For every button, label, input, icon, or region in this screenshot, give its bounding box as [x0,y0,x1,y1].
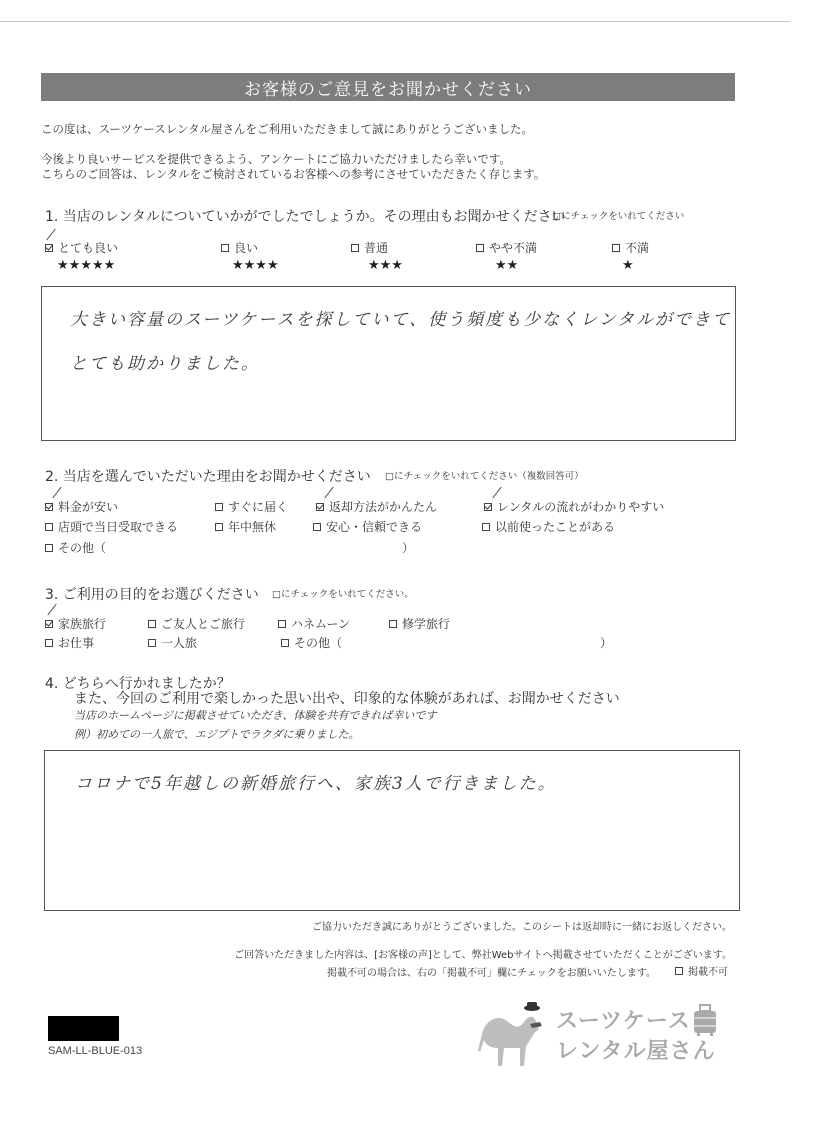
checkbox[interactable] [148,639,156,647]
option-label: 年中無休 [228,518,276,535]
q2-option-easy-flow[interactable]: レンタルの流れがわかりやすい [484,498,664,515]
camel-icon [474,1000,554,1070]
q4-title-line-2: また、今回のご利用で楽しかった思い出や、印象的な体験があれば、お聞かせください [74,688,620,708]
company-logo: スーツケース レンタル屋さん [474,996,724,1072]
q3-option-honeymoon[interactable]: ハネムーン [278,615,350,632]
rating-stars-2: ★★ [495,258,518,273]
checkbox[interactable] [45,523,53,531]
option-label: 修学旅行 [402,615,450,632]
q3-option-solo-trip[interactable]: 一人旅 [148,634,197,651]
checkbox-checked[interactable] [45,244,53,252]
q1-option-very-good[interactable]: とても良い [45,239,118,256]
q2-option-fast-delivery[interactable]: すぐに届く [215,498,288,515]
checkbox[interactable] [476,244,484,252]
q4-note-line-1: 当店のホームページに掲載させていただき、体験を共有できれば幸いです [74,707,436,723]
q1-response-line-2: とても助かりました。 [70,349,260,374]
q2-title: 2. 当店を選んでいただいた理由をお聞かせください [45,466,371,486]
q1-title: 1. 当店のレンタルについていかがでしたでしょうか。その理由もお聞かせください [45,206,566,226]
checkbox[interactable] [148,620,156,628]
page-title-bar: お客様のご意見をお聞かせください [41,73,735,101]
q2-other-close-paren: ） [402,539,414,556]
option-label: お仕事 [58,634,94,651]
document-code: SAM-LL-BLUE-013 [48,1045,142,1057]
q1-note: □にチェックをいれてください [552,208,684,222]
check-mark-stroke [52,487,61,499]
option-label: レンタルの流れがわかりやすい [497,498,664,515]
q3-option-other[interactable]: その他（ [281,634,342,651]
q2-note: □にチェックをいれてください（複数回答可） [385,468,584,482]
optout-label: 掲載不可 [688,963,728,978]
q3-title: 3. ご利用の目的をお選びください [45,584,259,604]
checkbox[interactable] [221,244,229,252]
option-label: 一人旅 [161,634,197,651]
checkbox[interactable] [45,639,53,647]
q2-option-price[interactable]: 料金が安い [45,498,118,515]
intro-line-1: この度は、スーツケースレンタル屋さんをご利用いただきまして誠にありがとうございま… [41,121,533,137]
q2-option-open-all-year[interactable]: 年中無休 [215,518,276,535]
checkbox[interactable] [215,503,223,511]
logo-text-line-2: レンタル屋さん [556,1034,716,1065]
q1-option-dissatisfied[interactable]: 不満 [612,239,649,256]
option-label: 返却方法がかんたん [329,498,437,515]
option-label: 普通 [364,239,388,256]
q3-option-school-trip[interactable]: 修学旅行 [389,615,450,632]
q2-option-easy-return[interactable]: 返却方法がかんたん [316,498,437,515]
q2-option-store-pickup[interactable]: 店頭で当日受取できる [45,518,178,535]
checkbox[interactable] [45,544,53,552]
redacted-block [48,1016,119,1041]
footer-publish-notice: ご回答いただきました内容は、[お客様の声]として、弊社Webサイトへ掲載させてい… [234,946,732,961]
footer-thanks: ご協力いただき誠にありがとうございました。このシートは返却時に一緒にお返しくださ… [312,918,732,933]
q4-response-line-1: コロナで5年越しの新婚旅行へ、家族3人で行きました。 [75,769,557,794]
option-label: 以前使ったことがある [495,518,615,535]
page-title: お客様のご意見をお聞かせください [244,75,532,100]
option-label: 家族旅行 [58,615,106,632]
check-mark-stroke [47,604,56,616]
q2-option-trustworthy[interactable]: 安心・信頼できる [313,518,422,535]
check-mark-stroke [492,487,501,499]
option-label: 安心・信頼できる [326,518,422,535]
intro-line-3: こちらのご回答は、レンタルをご検討されているお客様への参考にさせていただきたく存… [41,166,545,182]
checkbox-checked[interactable] [45,620,53,628]
checkbox[interactable] [482,523,490,531]
q1-option-somewhat-dissatisfied[interactable]: やや不満 [476,239,537,256]
suitcase-icon [692,1004,718,1038]
q3-option-business[interactable]: お仕事 [45,634,94,651]
q3-option-with-friends[interactable]: ご友人とご旅行 [148,615,245,632]
option-label: 不満 [625,239,649,256]
rating-stars-1: ★ [622,258,634,273]
option-label: すぐに届く [228,498,288,515]
checkbox-checked[interactable] [316,503,324,511]
option-label: 良い [234,239,258,256]
q1-option-good[interactable]: 良い [221,239,258,256]
checkbox[interactable] [313,523,321,531]
rating-stars-4: ★★★★ [232,258,279,273]
option-label: やや不満 [489,239,537,256]
q4-response-box[interactable]: コロナで5年越しの新婚旅行へ、家族3人で行きました。 [44,750,740,911]
checkbox[interactable] [675,967,683,975]
logo-text-line-1: スーツケース [556,1004,691,1035]
check-mark-stroke [324,487,333,499]
option-label: とても良い [58,239,118,256]
checkbox-checked[interactable] [45,503,53,511]
checkbox[interactable] [281,639,289,647]
q3-option-family-trip[interactable]: 家族旅行 [45,615,106,632]
q1-option-average[interactable]: 普通 [351,239,388,256]
intro-line-2: 今後より良いサービスを提供できるよう、アンケートにご協力いただけましたら幸いです… [41,151,511,167]
checkbox[interactable] [389,620,397,628]
q2-option-other[interactable]: その他（ [45,539,106,556]
optout-checkbox[interactable]: 掲載不可 [675,963,728,978]
q3-note: □にチェックをいれてください。 [272,586,414,600]
top-rule [0,21,790,22]
rating-stars-3: ★★★ [368,258,403,273]
checkbox[interactable] [215,523,223,531]
checkbox[interactable] [351,244,359,252]
option-label: 料金が安い [58,498,118,515]
q1-response-line-1: 大きい容量のスーツケースを探していて、使う頻度も少なくレンタルができて [70,305,731,330]
checkbox[interactable] [278,620,286,628]
q1-response-box[interactable]: 大きい容量のスーツケースを探していて、使う頻度も少なくレンタルができて とても助… [41,286,736,441]
checkbox-checked[interactable] [484,503,492,511]
option-label: 店頭で当日受取できる [58,518,178,535]
option-label: その他（ [58,539,106,556]
option-label: ハネムーン [291,615,350,632]
q4-note-line-2: 例）初めての一人旅で、エジプトでラクダに乗りました。 [74,726,360,742]
footer-optout-notice: 掲載不可の場合は、右の「掲載不可」欄にチェックをお願いいたします。 [327,964,656,979]
option-label: その他（ [294,634,342,651]
q2-option-used-before[interactable]: 以前使ったことがある [482,518,615,535]
option-label: ご友人とご旅行 [161,615,245,632]
checkbox[interactable] [612,244,620,252]
rating-stars-5: ★★★★★ [57,258,115,273]
q3-other-close-paren: ） [600,634,612,651]
